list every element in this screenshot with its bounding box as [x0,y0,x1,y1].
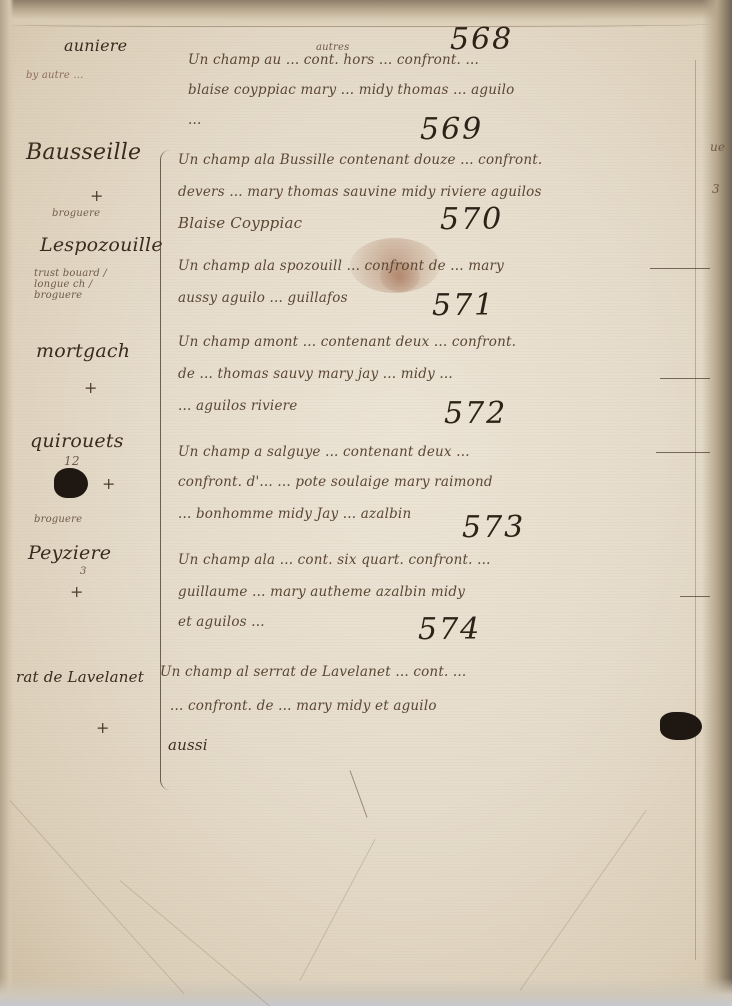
entry-line: ... confront. de ... mary midy et aguilo [170,698,437,714]
entry-number: 571 [432,288,495,323]
entry-line: Un champ al serrat de Lavelanet ... cont… [160,664,466,680]
margin-name: auniere [64,36,127,55]
entry-line: guillaume ... mary autheme azalbin midy [178,584,465,600]
line-filler [656,452,710,453]
margin-note: 12 [64,454,80,468]
entry-line: Un champ au ... cont. hors ... confront.… [188,52,479,68]
entry-line: aussy aguilo ... guillafos [178,290,348,306]
entry-line: et aguilos ... [178,614,265,630]
entry-line: ... [188,112,201,128]
cross-mark: + [84,378,98,397]
entry-line: Un champ ala Bussille contenant douze ..… [178,152,542,168]
entry-line: aussi [168,736,208,754]
entry-line: ... aguilos riviere [178,398,297,414]
right-margin-note: 3 [712,182,720,196]
margin-name: Lespozouille [40,234,163,256]
entry-line: confront. d'... ... pote soulaige mary r… [178,474,493,490]
entry-line: devers ... mary thomas sauvine midy rivi… [178,184,542,200]
entry-number: 573 [462,510,525,545]
margin-note: 3 [80,566,87,577]
entry-line: ... bonhomme midy Jay ... azalbin [178,506,411,522]
ink-blot [54,468,88,498]
entry-line: Un champ ala spozouill ... confront de .… [178,258,504,274]
cross-mark: + [90,186,104,205]
manuscript-page: auniere by autre ... Bausseille + brogue… [0,0,732,1006]
crease [10,800,185,994]
margin-name: Peyziere [28,542,111,564]
line-filler [680,596,710,597]
entry-number: 574 [418,612,481,647]
top-tear-line [10,20,710,27]
cross-mark: + [102,474,116,493]
left-edge [0,0,14,1006]
margin-name: Bausseille [26,140,141,165]
entry-line: blaise coyppiac mary ... midy thomas ...… [188,82,514,98]
entry-number: 570 [440,202,503,237]
margin-name: mortgach [36,340,130,362]
entry-line: de ... thomas sauvy mary jay ... midy ..… [178,366,453,382]
crease [300,839,376,981]
crease [520,810,647,991]
ink-blot [660,712,702,740]
margin-note: trust bouard / longue ch / broguere [34,268,134,301]
margin-note: by autre ... [26,70,83,81]
margin-note: broguere [52,208,100,219]
margin-note: broguere [34,514,82,525]
entry-line: Un champ ala ... cont. six quart. confro… [178,552,491,568]
margin-bracket [160,150,181,790]
entry-number: 569 [420,112,483,147]
entry-line: Un champ a salguye ... contenant deux ..… [178,444,470,460]
margin-name: rat de Lavelanet [16,668,144,686]
cross-mark: + [70,582,84,601]
line-filler [660,378,710,379]
right-margin-note: ue [710,140,725,154]
line-filler [650,268,710,269]
faint-ink-scribble [350,770,368,817]
entry-line: Un champ amont ... contenant deux ... co… [178,334,516,350]
bottom-edge [0,978,732,1006]
entry-number: 572 [444,396,507,431]
right-fold [695,60,710,960]
entry-line: Blaise Coyppiac [178,214,302,232]
margin-name: quirouets [30,430,124,452]
cross-mark: + [96,718,110,737]
